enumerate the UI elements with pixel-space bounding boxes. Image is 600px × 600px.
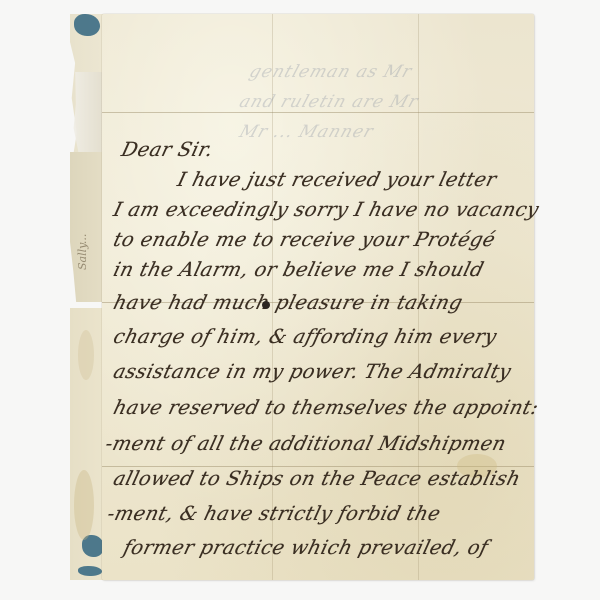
- spine-note: Sally...: [76, 180, 96, 270]
- letter-line: I am exceedingly sorry I have no vacancy: [111, 198, 537, 221]
- bleed-through-line: and ruletin are Mr: [237, 92, 421, 112]
- fold-line: [102, 112, 534, 113]
- water-stain: [78, 330, 94, 380]
- ink-blot: [262, 301, 270, 309]
- water-stain: [74, 470, 94, 540]
- photo-background: Sally... gentleman as Mr and ruletin are…: [0, 0, 600, 600]
- letter-line: charge of him, & affording him every: [111, 325, 537, 348]
- letter-line: -ment of all the additional Midshipmen: [103, 432, 529, 455]
- bleed-through-line: gentleman as Mr: [247, 62, 415, 82]
- blue-wax-mark-bottom-small: [78, 566, 102, 576]
- letter-line: have had much pleasure in taking: [111, 291, 537, 314]
- letter-line: have reserved to themselves the appoint:: [111, 396, 537, 419]
- letter-line: in the Alarm, or believe me I should: [111, 258, 537, 281]
- letter-line: allowed to Ships on the Peace establish: [111, 467, 537, 490]
- letter-line: -ment, & have strictly forbid the: [105, 502, 531, 525]
- letter-line: assistance in my power. The Admiralty: [111, 360, 537, 383]
- salutation: Dear Sir.: [119, 138, 545, 161]
- blue-wax-mark-top: [74, 14, 100, 36]
- letter-line: to enable me to receive your Protégé: [111, 228, 537, 251]
- repair-tape: [72, 72, 104, 152]
- letter-line: former practice which prevailed, of: [121, 536, 547, 559]
- letter-line: I have just received your letter: [175, 168, 600, 191]
